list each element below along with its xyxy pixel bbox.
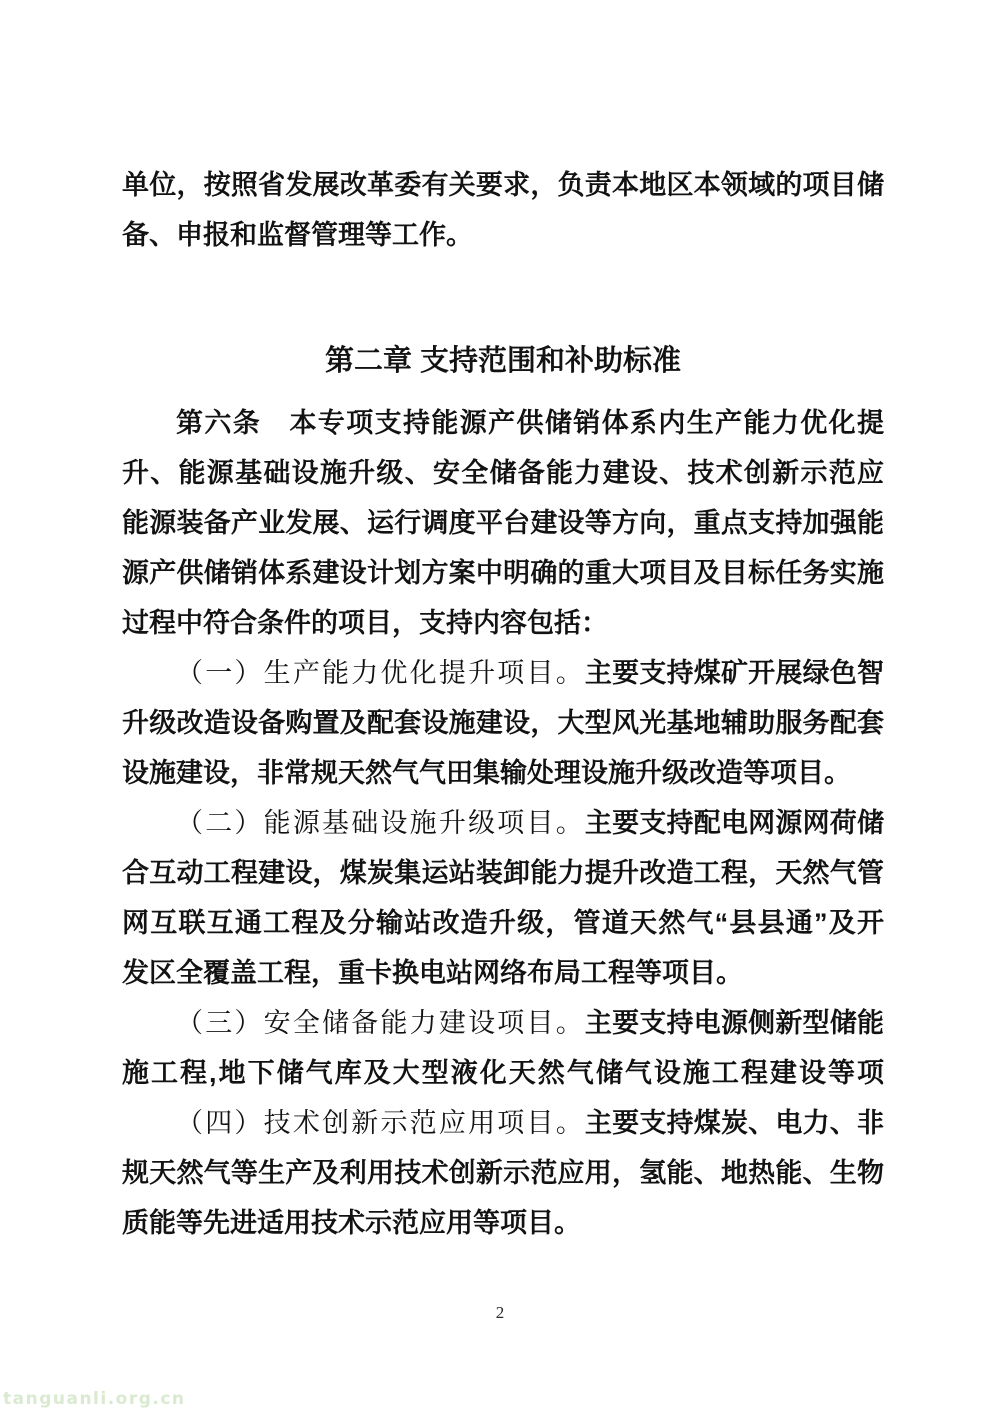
text-line: 发区全覆盖工程，重卡换电站网络布局工程等项目。 bbox=[122, 948, 884, 998]
text-line: 施工程,地下储气库及大型液化天然气储气设施工程建设等项目。 bbox=[122, 1048, 884, 1098]
text-line: 网互联互通工程及分输站改造升级，管道天然气“县县通”及开 bbox=[122, 898, 884, 948]
body-text: 升、能源基础设施升级、安全储备能力建设、技术创新示范应用、 bbox=[122, 458, 884, 498]
document-page: 单位，按照省发展改革委有关要求，负责本地区本领域的项目储备、申报和监督管理等工作… bbox=[0, 0, 1000, 1414]
text-line: 设施建设，非常规天然气气田集输处理设施升级改造等项目。 bbox=[122, 748, 884, 798]
body-text: 质能等先进适用技术示范应用等项目。 bbox=[122, 1208, 581, 1238]
text-line: （三）安全储备能力建设项目。主要支持电源侧新型储能设 bbox=[122, 998, 884, 1048]
text-line: 规天然气等生产及利用技术创新示范应用，氢能、地热能、生物 bbox=[122, 1148, 884, 1198]
item-label-text: （一）生产能力优化提升项目。 bbox=[176, 658, 585, 688]
body-text: 升级改造设备购置及配套设施建设，大型风光基地辅助服务配套 bbox=[122, 708, 884, 738]
chapter-heading: 第二章 支持范围和补助标准 bbox=[122, 336, 884, 386]
body-text: 规天然气等生产及利用技术创新示范应用，氢能、地热能、生物 bbox=[122, 1158, 884, 1188]
text-line: 源产供储销体系建设计划方案中明确的重大项目及目标任务实施 bbox=[122, 548, 884, 598]
text-line: （二）能源基础设施升级项目。主要支持配电网源网荷储融 bbox=[122, 798, 884, 848]
paragraph-article-6: 第六条 本专项支持能源产供储销体系内生产能力优化提升、能源基础设施升级、安全储备… bbox=[122, 398, 884, 648]
body-text: 备、申报和监督管理等工作。 bbox=[122, 220, 473, 250]
body-text: 设施建设，非常规天然气气田集输处理设施升级改造等项目。 bbox=[122, 758, 851, 788]
text-line: （四）技术创新示范应用项目。主要支持煤炭、电力、非常 bbox=[122, 1098, 884, 1148]
item-label-text: （三）安全储备能力建设项目。 bbox=[176, 1008, 585, 1038]
watermark-text: tanguanli.org.cn bbox=[3, 1389, 186, 1409]
body-text: 第六条 本专项支持能源产供储销体系内生产能力优化提 bbox=[176, 408, 884, 438]
text-line: 第六条 本专项支持能源产供储销体系内生产能力优化提 bbox=[122, 398, 884, 448]
text-line: （一）生产能力优化提升项目。主要支持煤矿开展绿色智能 bbox=[122, 648, 884, 698]
body-text: 发区全覆盖工程，重卡换电站网络布局工程等项目。 bbox=[122, 958, 743, 988]
body-text: 过程中符合条件的项目，支持内容包括： bbox=[122, 608, 608, 638]
paragraph-item-2: （二）能源基础设施升级项目。主要支持配电网源网荷储融合互动工程建设，煤炭集运站装… bbox=[122, 798, 884, 998]
item-label-text: （二）能源基础设施升级项目。 bbox=[176, 808, 585, 838]
text-line: 过程中符合条件的项目，支持内容包括： bbox=[122, 598, 884, 648]
text-line: 能源装备产业发展、运行调度平台建设等方向，重点支持加强能 bbox=[122, 498, 884, 548]
text-line: 合互动工程建设，煤炭集运站装卸能力提升改造工程，天然气管 bbox=[122, 848, 884, 898]
paragraph-item-1: （一）生产能力优化提升项目。主要支持煤矿开展绿色智能升级改造设备购置及配套设施建… bbox=[122, 648, 884, 798]
body-text: 能源装备产业发展、运行调度平台建设等方向，重点支持加强能 bbox=[122, 508, 884, 538]
text-line: 升级改造设备购置及配套设施建设，大型风光基地辅助服务配套 bbox=[122, 698, 884, 748]
text-line: 单位，按照省发展改革委有关要求，负责本地区本领域的项目储 bbox=[122, 160, 884, 210]
item-label-text: （四）技术创新示范应用项目。 bbox=[176, 1108, 585, 1138]
text-line: 质能等先进适用技术示范应用等项目。 bbox=[122, 1198, 884, 1248]
body-text: 单位，按照省发展改革委有关要求，负责本地区本领域的项目储 bbox=[122, 170, 884, 200]
text-line: 升、能源基础设施升级、安全储备能力建设、技术创新示范应用、 bbox=[122, 448, 884, 498]
paragraph-item-3: （三）安全储备能力建设项目。主要支持电源侧新型储能设施工程,地下储气库及大型液化… bbox=[122, 998, 884, 1098]
page-number: 2 bbox=[0, 1303, 1000, 1323]
paragraph-item-4: （四）技术创新示范应用项目。主要支持煤炭、电力、非常规天然气等生产及利用技术创新… bbox=[122, 1098, 884, 1248]
body-text: 施工程,地下储气库及大型液化天然气储气设施工程建设等项目。 bbox=[122, 1058, 884, 1098]
paragraph-continuation: 单位，按照省发展改革委有关要求，负责本地区本领域的项目储备、申报和监督管理等工作… bbox=[122, 160, 884, 260]
body-text: 源产供储销体系建设计划方案中明确的重大项目及目标任务实施 bbox=[122, 558, 884, 588]
body-text: 合互动工程建设，煤炭集运站装卸能力提升改造工程，天然气管 bbox=[122, 858, 884, 888]
text-line: 备、申报和监督管理等工作。 bbox=[122, 210, 884, 260]
body-text: 网互联互通工程及分输站改造升级，管道天然气“县县通”及开 bbox=[122, 908, 884, 938]
document-body: 单位，按照省发展改革委有关要求，负责本地区本领域的项目储备、申报和监督管理等工作… bbox=[122, 160, 884, 1248]
